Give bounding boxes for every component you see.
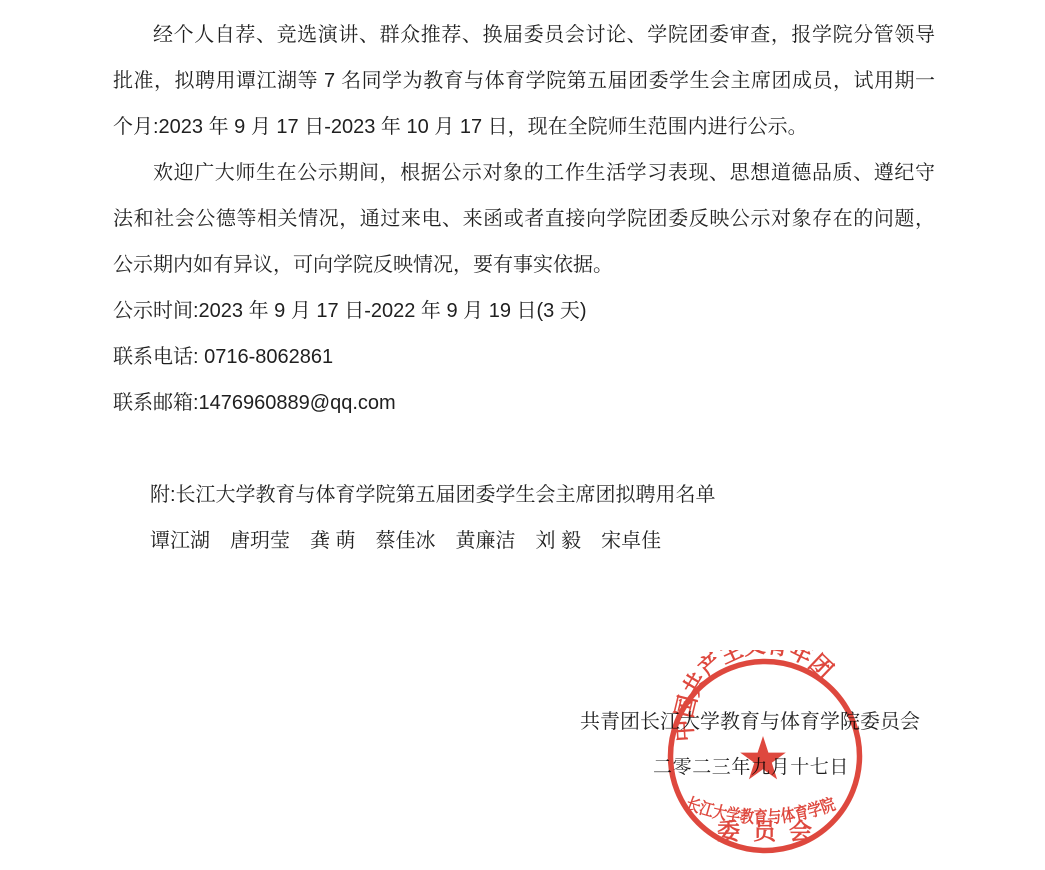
contact-email-line: 联系邮箱:1476960889@qq.com [113,380,935,426]
paragraph2-line3: 公示期内如有异议，可向学院反映情况，要有事实依据。 [113,242,935,288]
spacer-line [113,426,935,472]
seal-bottom-text: 委员会 [717,818,825,844]
paragraph2-line1: 欢迎广大师生在公示期间，根据公示对象的工作生活学习表现、思想道德品质、遵纪守 [113,150,935,196]
paragraph1-line3: 个月:2023 年 9 月 17 日-2023 年 10 月 17 日，现在全院… [113,104,935,150]
official-seal: 中国共产主义青年团 长江大学教育与体育学院 委员会 [659,650,871,862]
announcement-body: 经个人自荐、竞选演讲、群众推荐、换届委员会讨论、学院团委审查，报学院分管领导 批… [113,12,935,564]
paragraph1-line2: 批准，拟聘用谭江湖等 7 名同学为教育与体育学院第五届团委学生会主席团成员，试用… [113,58,935,104]
attachment-title-line: 附:长江大学教育与体育学院第五届团委学生会主席团拟聘用名单 [113,472,935,518]
document-page: 经个人自荐、竞选演讲、群众推荐、换届委员会讨论、学院团委审查，报学院分管领导 批… [0,0,1045,870]
publicity-time-line: 公示时间:2023 年 9 月 17 日-2022 年 9 月 19 日(3 天… [113,288,935,334]
paragraph1-line1: 经个人自荐、竞选演讲、群众推荐、换届委员会讨论、学院团委审查，报学院分管领导 [113,12,935,58]
seal-star-icon [740,736,786,779]
contact-phone-line: 联系电话: 0716-8062861 [113,334,935,380]
paragraph2-line2: 法和社会公德等相关情况，通过来电、来函或者直接向学院团委反映公示对象存在的问题， [113,196,935,242]
name-list-line: 谭江湖 唐玥莹 龚 萌 蔡佳冰 黄廉洁 刘 毅 宋卓佳 [113,518,935,564]
